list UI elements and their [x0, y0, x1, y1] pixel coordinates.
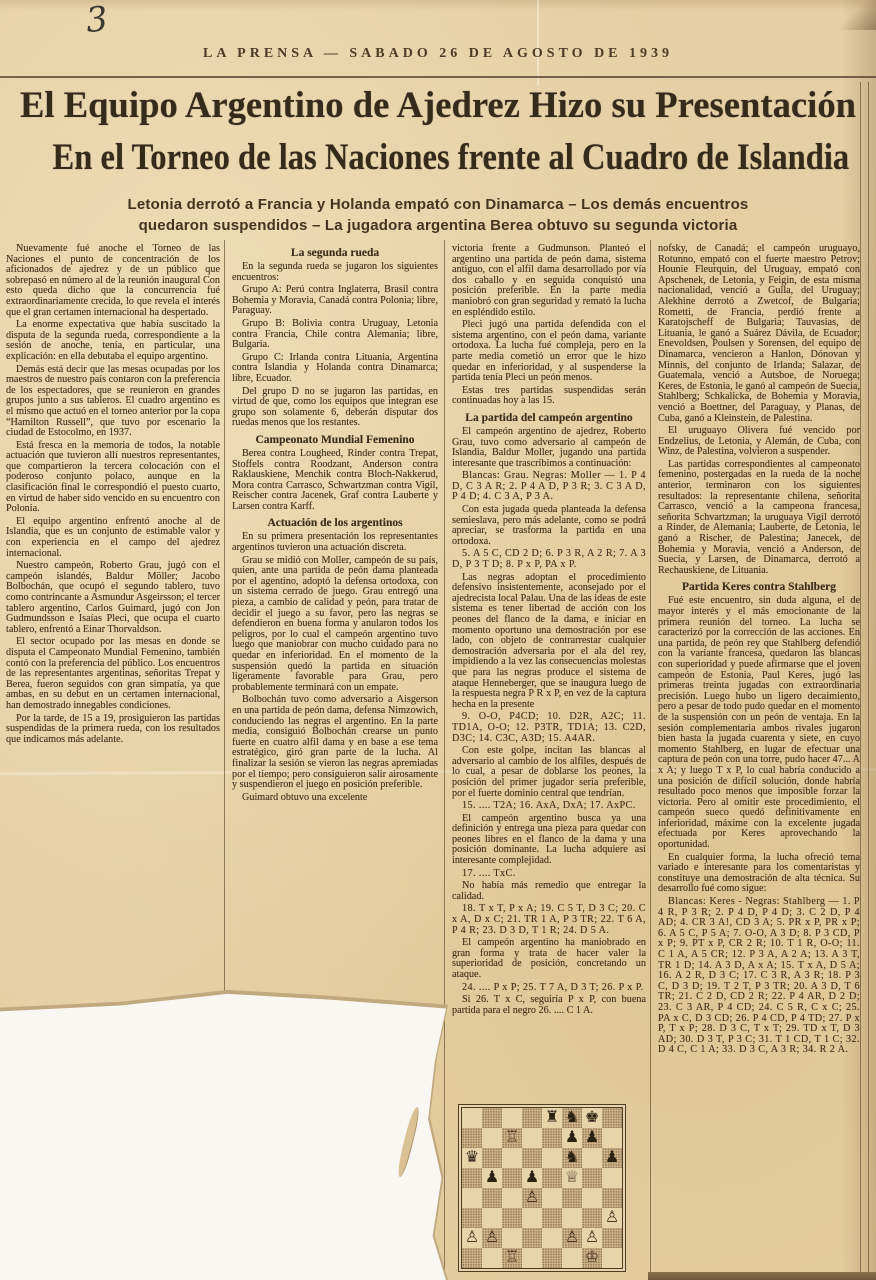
board-square: [482, 1248, 502, 1268]
article-paragraph: Demás está decir que las mesas ocupadas …: [6, 365, 220, 439]
article-paragraph: En la segunda rueda se jugaron los sigui…: [232, 262, 438, 283]
column-3: victoria frente a Gudmunson. Planteó el …: [452, 242, 646, 1102]
board-square: [542, 1188, 562, 1208]
chess-piece: ♚: [582, 1108, 602, 1128]
board-square: [482, 1188, 502, 1208]
section-heading: Partida Keres contra Stahlberg: [658, 581, 860, 593]
section-heading: Campeonato Mundial Femenino: [232, 434, 438, 446]
article-paragraph: El uruguayo Olivera fué vencido por Endz…: [658, 426, 860, 458]
board-square: [602, 1108, 622, 1128]
chess-piece: ♟: [602, 1148, 622, 1168]
board-square: [562, 1188, 582, 1208]
column-rule-1: [224, 240, 225, 1008]
chess-piece: ♟: [562, 1128, 582, 1148]
chess-moves-text: 18. T x T, P x A; 19. C 5 T, D 3 C; 20. …: [452, 904, 646, 936]
board-square: [562, 1248, 582, 1268]
board-square: [462, 1128, 482, 1148]
article-paragraph: Por la tarde, de 15 a 19, prosiguieron l…: [6, 714, 220, 746]
board-square: [542, 1128, 562, 1148]
board-square: [522, 1128, 542, 1148]
board-square: [522, 1108, 542, 1128]
chess-piece: ♟: [582, 1128, 602, 1148]
bottom-torn-edge: [648, 1272, 876, 1280]
board-square: [582, 1208, 602, 1228]
board-square: [462, 1248, 482, 1268]
chess-piece: ♙: [602, 1208, 622, 1228]
board-square: [502, 1168, 522, 1188]
board-square: [482, 1128, 502, 1148]
chess-piece: ♖: [502, 1128, 522, 1148]
paper-crease-vertical: [537, 0, 539, 86]
board-square: [502, 1108, 522, 1128]
masthead-rule: [0, 76, 876, 78]
chess-piece: ♔: [582, 1248, 602, 1268]
article-paragraph: Del grupo D no se jugaron las partidas, …: [232, 387, 438, 429]
chess-piece: ♜: [542, 1108, 562, 1128]
board-square: [542, 1248, 562, 1268]
right-edge-rule-inner: [868, 82, 869, 1280]
chess-piece: ♙: [462, 1228, 482, 1248]
chess-piece: ♖: [502, 1248, 522, 1268]
chess-piece: ♟: [522, 1168, 542, 1188]
chess-piece: ♙: [562, 1228, 582, 1248]
board-square: [602, 1188, 622, 1208]
column-2: La segunda ruedaEn la segunda rueda se j…: [232, 242, 438, 1002]
column-rule-3: [650, 240, 651, 1280]
article-paragraph: Las negras adoptan el procedimiento defe…: [452, 573, 646, 711]
article-paragraph: El equipo argentino enfrentó anoche al d…: [6, 517, 220, 559]
article-paragraph: Fué este encuentro, sin duda alguna, el …: [658, 596, 860, 850]
subheadline-line-1: Letonia derrotó a Francia y Holanda empa…: [0, 194, 876, 215]
chess-diagram: ♜♞♚♖♟♟♛♞♟♟♟♕♙♙♙♙♙♙♖♔: [458, 1104, 626, 1272]
chess-moves-text: 9. O-O, P4CD; 10. D2R, A2C; 11. TD1A, O-…: [452, 712, 646, 744]
board-square: [582, 1148, 602, 1168]
article-paragraph: El campeón argentino ha maniobrado en gr…: [452, 938, 646, 980]
board-square: [602, 1168, 622, 1188]
board-square: [482, 1208, 502, 1228]
article-paragraph: Estas tres partidas suspendidas serán co…: [452, 386, 646, 407]
column-4: nofsky, de Canadá; el campeón uruguayo, …: [658, 242, 860, 1280]
section-heading: La partida del campeón argentino: [452, 412, 646, 424]
article-paragraph: Bolbochán tuvo como adversario a Aisgers…: [232, 695, 438, 790]
article-paragraph: Grupo A: Perú contra Inglaterra, Brasil …: [232, 285, 438, 317]
masthead: LA PRENSA — SABADO 26 DE AGOSTO DE 1939: [0, 46, 876, 62]
chess-piece: ♞: [562, 1148, 582, 1168]
subheadline: Letonia derrotó a Francia y Holanda empa…: [0, 194, 876, 236]
board-square: [542, 1168, 562, 1188]
section-heading: Actuación de los argentinos: [232, 517, 438, 529]
board-square: [602, 1128, 622, 1148]
chess-piece: ♞: [562, 1108, 582, 1128]
article-paragraph: Pleci jugó una partida defendida con el …: [452, 320, 646, 384]
article-paragraph: Está fresca en la memoria de todos, la n…: [6, 441, 220, 515]
chess-moves-text: 17. .... TxC.: [452, 869, 646, 880]
board-square: [542, 1148, 562, 1168]
article-paragraph: Guimard obtuvo una excelente: [232, 793, 438, 804]
article-paragraph: Nuevamente fué anoche el Torneo de las N…: [6, 244, 220, 318]
chess-moves-text: 24. .... P x P; 25. T 7 A, D 3 T; 26. P …: [452, 983, 646, 994]
article-paragraph: Nuestro campeón, Roberto Grau, jugó con …: [6, 561, 220, 635]
board-square: [582, 1168, 602, 1188]
board-square: [502, 1148, 522, 1168]
chess-piece: ♕: [562, 1168, 582, 1188]
article-paragraph: victoria frente a Gudmunson. Planteó el …: [452, 244, 646, 318]
board-square: [542, 1228, 562, 1248]
column-1: Nuevamente fué anoche el Torneo de las N…: [6, 242, 220, 1017]
board-square: [602, 1248, 622, 1268]
handwritten-page-number: 3: [84, 0, 110, 41]
article-paragraph: Grupo B: Bolivia contra Uruguay, Letonia…: [232, 319, 438, 351]
chess-piece: ♛: [462, 1148, 482, 1168]
article-paragraph: El campeón argentino de ajedrez, Roberto…: [452, 427, 646, 469]
torn-away-white-area: [0, 988, 446, 1280]
article-paragraph: La enorme expectativa que había suscitad…: [6, 320, 220, 362]
article-paragraph: El campeón argentino busca ya una defini…: [452, 814, 646, 867]
headline-line-1: El Equipo Argentino de Ajedrez Hizo su P…: [4, 80, 871, 132]
section-heading: La segunda rueda: [232, 247, 438, 259]
chess-piece: ♟: [482, 1168, 502, 1188]
article-paragraph: El sector ocupado por las mesas en donde…: [6, 637, 220, 711]
board-square: [502, 1228, 522, 1248]
right-edge-rule-outer: [860, 82, 861, 1280]
board-square: [482, 1108, 502, 1128]
board-square: [462, 1208, 482, 1228]
article-paragraph: En cualquier forma, la lucha ofreció tem…: [658, 853, 860, 895]
board-square: [522, 1228, 542, 1248]
article-paragraph: Con este golpe, incitan las blancas al a…: [452, 746, 646, 799]
article-paragraph: No había más remedio que entregar la cal…: [452, 881, 646, 902]
chess-moves-text: 5. A 5 C, CD 2 D; 6. P 3 R, A 2 R; 7. A …: [452, 549, 646, 570]
article-paragraph: Grau se midió con Moller, campeón de su …: [232, 556, 438, 694]
chess-piece: ♙: [582, 1228, 602, 1248]
board-square: [462, 1108, 482, 1128]
board-square: [542, 1208, 562, 1228]
board-square: [502, 1188, 522, 1208]
board-square: [602, 1228, 622, 1248]
board-square: [502, 1208, 522, 1228]
board-square: [562, 1208, 582, 1228]
board-square: [582, 1188, 602, 1208]
chess-moves-text: 15. .... T2A; 16. AxA, DxA; 17. AxPC.: [452, 801, 646, 812]
board-square: [522, 1208, 542, 1228]
torn-corner-shade: [834, 0, 876, 30]
chess-moves-text: Blancas: Grau. Negras: Moller — 1. P 4 D…: [452, 471, 646, 503]
column-rule-2: [444, 240, 445, 1280]
chess-moves-text: Blancas: Keres - Negras: Stahlberg — 1. …: [658, 897, 860, 1056]
article-paragraph: nofsky, de Canadá; el campeón uruguayo, …: [658, 244, 860, 424]
chess-board: ♜♞♚♖♟♟♛♞♟♟♟♕♙♙♙♙♙♙♖♔: [461, 1107, 623, 1269]
chess-piece: ♙: [522, 1188, 542, 1208]
article-paragraph: Con esta jugada queda planteada la defen…: [452, 505, 646, 547]
board-square: [462, 1168, 482, 1188]
headline: El Equipo Argentino de Ajedrez Hizo su P…: [0, 80, 876, 184]
board-square: [462, 1188, 482, 1208]
subheadline-line-2: quedaron suspendidos – La jugadora argen…: [0, 215, 876, 236]
board-square: [482, 1148, 502, 1168]
article-paragraph: Las partidas correspondientes al campeon…: [658, 460, 860, 577]
article-paragraph: Berea contra Lougheed, Rinder contra Tre…: [232, 449, 438, 513]
article-paragraph: Si 26. T x C, seguiría P x P, con buena …: [452, 995, 646, 1016]
newspaper-clipping-page: 3 LA PRENSA — SABADO 26 DE AGOSTO DE 193…: [0, 0, 876, 1280]
board-square: [522, 1148, 542, 1168]
article-paragraph: En su primera presentación los represent…: [232, 532, 438, 553]
board-square: [522, 1248, 542, 1268]
article-paragraph: Grupo C: Irlanda contra Lituania, Argent…: [232, 353, 438, 385]
chess-piece: ♙: [482, 1228, 502, 1248]
headline-line-2: En el Torneo de las Naciones frente al C…: [53, 132, 824, 184]
